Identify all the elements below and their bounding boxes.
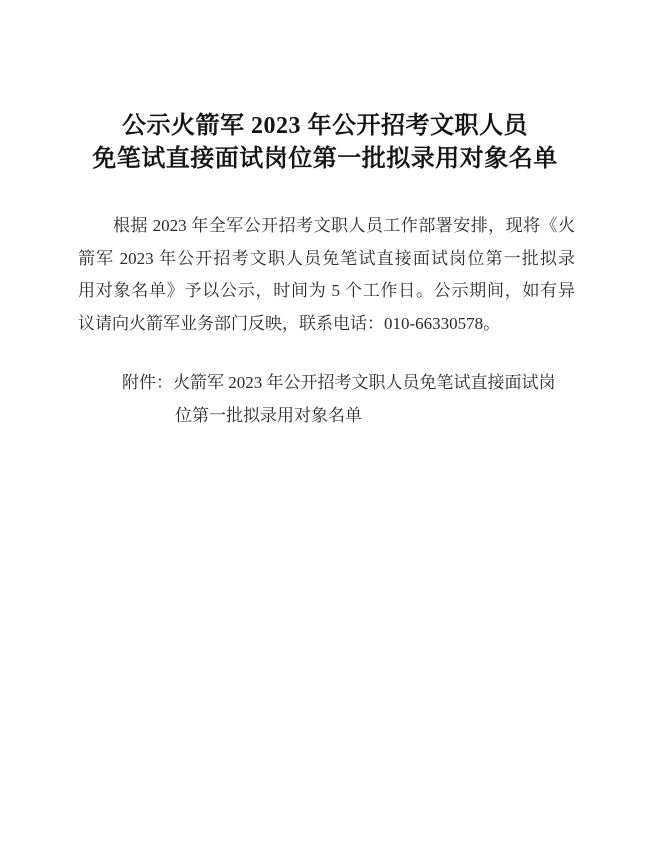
paragraph-line: 议请向火箭军业务部门反映，联系电话：010-66330578。 (78, 308, 575, 341)
attachment-label: 附件： (122, 373, 173, 392)
paragraph-line: 箭军 2023 年公开招考文职人员免笔试直接面试岗位第一批拟录 (78, 243, 575, 276)
attachment-note: 附件：火箭军 2023 年公开招考文职人员免笔试直接面试岗 位第一批拟录用对象名… (78, 367, 575, 432)
paragraph-line: 用对象名单》予以公示，时间为 5 个工作日。公示期间，如有异 (78, 275, 575, 308)
attachment-title-part-2: 位第一批拟录用对象名单 (175, 400, 575, 433)
attachment-line-1: 附件：火箭军 2023 年公开招考文职人员免笔试直接面试岗 (78, 367, 575, 400)
title-line-1: 公示火箭军 2023 年公开招考文职人员 (0, 110, 650, 143)
body-paragraph: 根据 2023 年全军公开招考文职人员工作部署安排，现将《火 箭军 2023 年… (78, 210, 575, 340)
title-line-2: 免笔试直接面试岗位第一批拟录用对象名单 (0, 143, 650, 176)
document-page: 公示火箭军 2023 年公开招考文职人员 免笔试直接面试岗位第一批拟录用对象名单… (0, 0, 650, 857)
paragraph-line: 根据 2023 年全军公开招考文职人员工作部署安排，现将《火 (78, 210, 575, 243)
document-title: 公示火箭军 2023 年公开招考文职人员 免笔试直接面试岗位第一批拟录用对象名单 (0, 0, 650, 176)
attachment-title-part-1: 火箭军 2023 年公开招考文职人员免笔试直接面试岗 (173, 373, 556, 392)
